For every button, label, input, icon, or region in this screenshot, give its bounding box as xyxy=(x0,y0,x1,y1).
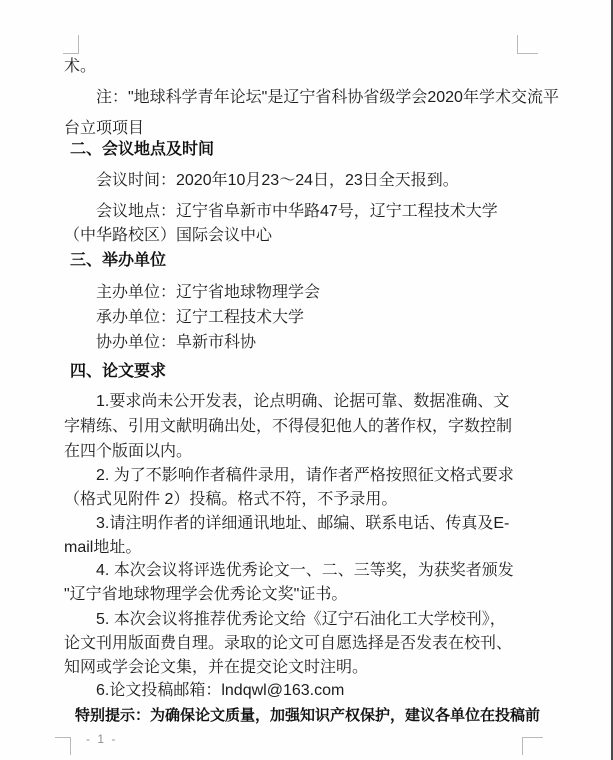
paper-item5-line-3: 知网或学会论文集，并在提交论文时注明。 xyxy=(64,658,564,678)
paper-item5-line-2: 论文刊用版面费自理。录取的论文可自愿选择是否发表在校刊、 xyxy=(64,634,564,654)
section-heading-organizers: 三、举办单位 xyxy=(70,251,570,271)
paper-item2-line-2: （格式见附件 2）投稿。格式不符，不予录用。 xyxy=(64,490,564,510)
meeting-place-line-2: （中华路校区）国际会议中心 xyxy=(64,226,564,246)
meeting-place-line-1: 会议地点：辽宁省阜新市中华路47号，辽宁工程技术大学 xyxy=(64,202,596,222)
paper-item3-line-2: mail地址。 xyxy=(64,538,564,558)
undertaker-unit-line: 承办单位：辽宁工程技术大学 xyxy=(64,308,596,328)
section-heading-paper: 四、论文要求 xyxy=(70,362,570,382)
page-number: - 1 - xyxy=(86,729,117,749)
paper-item2-line-1: 2. 为了不影响作者稿件录用，请作者严格按照征文格式要求 xyxy=(64,466,596,486)
paper-item1-line-2: 字精练、引用文献明确出处，不得侵犯他人的著作权，字数控制 xyxy=(64,417,564,437)
paper-item1-line-1: 1.要求尚未公开发表，论点明确、论据可靠、数据准确、文 xyxy=(64,392,596,412)
paper-item4-line-2: "辽宁省地球物理学会优秀论文奖"证书。 xyxy=(64,585,564,605)
paper-item4-line-1: 4. 本次会议将评选优秀论文一、二、三等奖，为获奖者颁发 xyxy=(64,561,596,581)
crop-mark-bottom-right xyxy=(522,737,543,755)
special-notice-line: 特别提示：为确保论文质量，加强知识产权保护，建议各单位在投稿前 xyxy=(75,706,575,726)
host-unit-line: 主办单位：辽宁省地球物理学会 xyxy=(64,283,596,303)
paper-item1-line-3: 在四个版面以内。 xyxy=(64,442,564,462)
paper-item5-line-1: 5. 本次会议将推荐优秀论文给《辽宁石油化工大学校刊》， xyxy=(64,610,596,630)
paper-item3-line-1: 3.请注明作者的详细通讯地址、邮编、联系电话、传真及E- xyxy=(64,514,596,534)
intro-note-line-2: 台立项项目 xyxy=(64,119,564,139)
intro-continuation-line: 术。 xyxy=(64,57,564,77)
co-organizer-unit-line: 协办单位：阜新市科协 xyxy=(64,333,596,353)
document-page: 术。 注："地球科学青年论坛"是辽宁省科协省级学会2020年学术交流平 台立项项… xyxy=(0,0,613,760)
crop-mark-top-left xyxy=(63,35,79,54)
crop-mark-top-right xyxy=(517,35,538,54)
crop-mark-bottom-left xyxy=(55,737,71,755)
intro-note-line-1: 注："地球科学青年论坛"是辽宁省科协省级学会2020年学术交流平 xyxy=(64,88,596,108)
meeting-time-line: 会议时间：2020年10月23～24日，23日全天报到。 xyxy=(64,171,596,191)
section-heading-venue: 二、会议地点及时间 xyxy=(70,140,570,160)
paper-item6-email-line: 6.论文投稿邮箱：lndqwl@163.com xyxy=(64,681,596,701)
